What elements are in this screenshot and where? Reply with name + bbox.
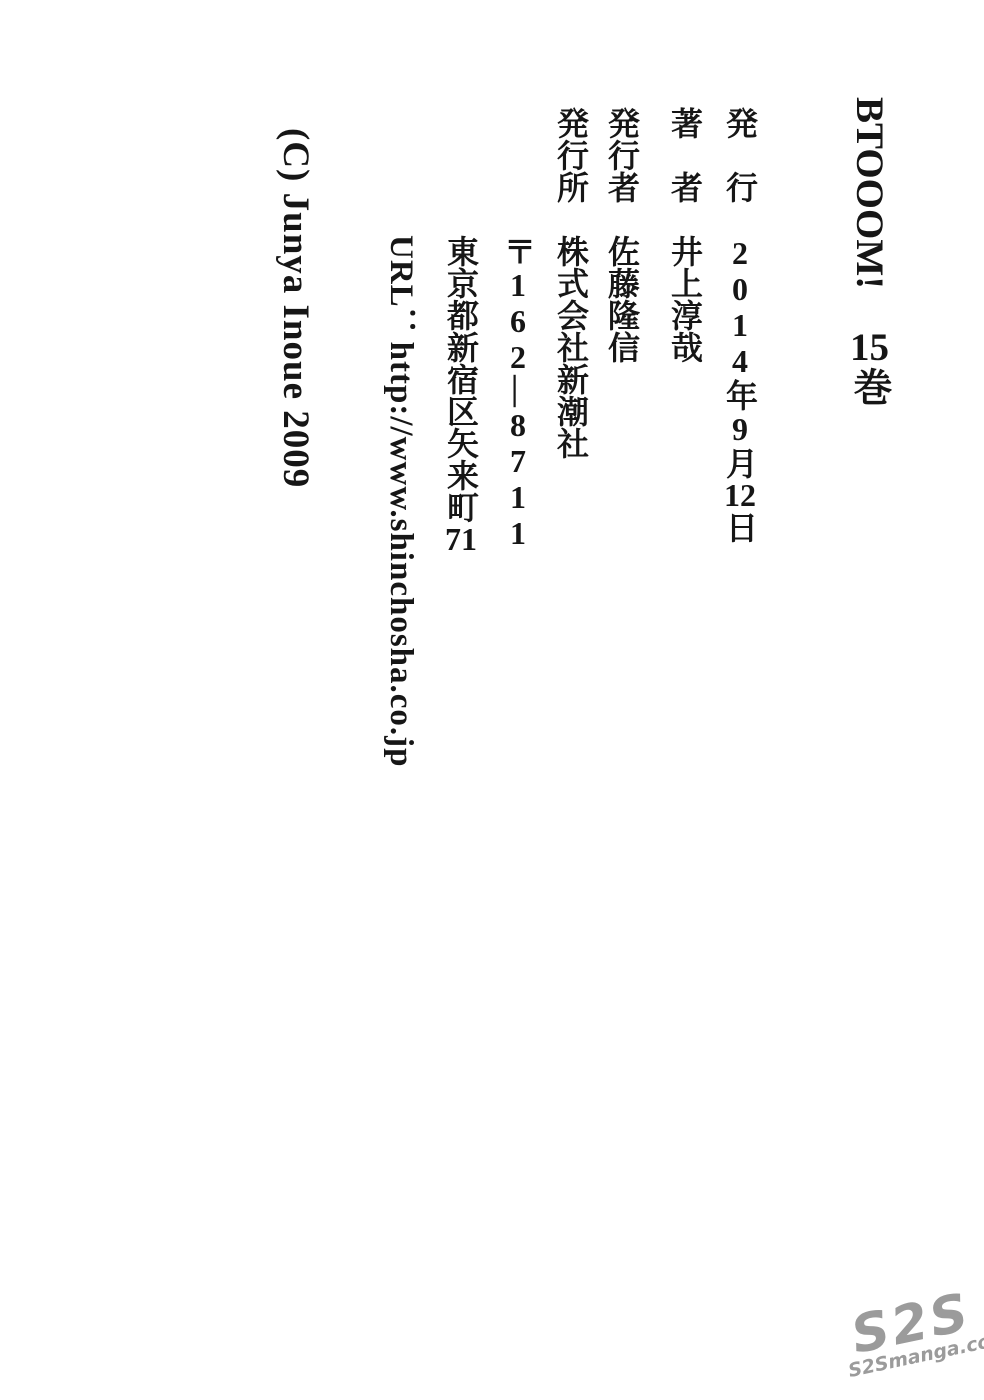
postal-mark-icon: 〒	[500, 235, 536, 267]
publisher-address: 東京都新宿区矢来町71	[445, 235, 477, 555]
postal-tail: 8711	[500, 407, 536, 551]
address-number: 71	[443, 523, 479, 555]
publish-label: 発 行	[722, 107, 758, 203]
volume-number: 15	[848, 328, 891, 367]
postal-dash: —	[500, 375, 536, 407]
author-name: 井上淳哉	[667, 235, 703, 363]
publish-day-unit: 日	[722, 511, 758, 543]
issuer-label: 発行者	[604, 107, 640, 203]
issuer-name: 佐藤隆信	[604, 235, 640, 363]
postal-code: 〒162—8711	[502, 235, 534, 551]
address-street: 東京都新宿区矢来町	[443, 235, 479, 523]
postal-head: 162	[500, 267, 536, 375]
publish-year-unit: 年	[722, 379, 758, 411]
publish-day: 12	[722, 479, 758, 511]
publisher-row: 発行所株式会社新潮社	[555, 107, 587, 459]
publish-month: 9	[722, 411, 758, 447]
publish-date-row: 発 行2014年9月12日	[724, 107, 756, 543]
publisher-name: 株式会社新潮社	[553, 235, 589, 459]
publish-year: 2014	[722, 235, 758, 379]
author-row: 著 者井上淳哉	[669, 107, 701, 363]
watermark: S2S S2Smanga.com	[836, 1284, 984, 1381]
issuer-row: 発行者佐藤隆信	[606, 107, 638, 363]
book-title: BTOOOM! 15巻	[850, 97, 889, 406]
publisher-url: URL：http://www.shinchosha.co.jp	[384, 235, 417, 768]
colophon-page: BTOOOM! 15巻 発 行2014年9月12日 著 者井上淳哉 発行者佐藤隆…	[0, 0, 984, 1400]
publish-date: 2014年9月12日	[722, 235, 758, 543]
publisher-label: 発行所	[553, 107, 589, 203]
author-label: 著 者	[667, 107, 703, 203]
book-title-latin: BTOOOM!	[848, 97, 891, 289]
volume-unit: 巻	[848, 367, 891, 406]
publish-month-unit: 月	[722, 447, 758, 479]
title-volume-gap	[848, 289, 891, 328]
copyright-notice: (C) Junya Inoue 2009	[277, 128, 314, 488]
